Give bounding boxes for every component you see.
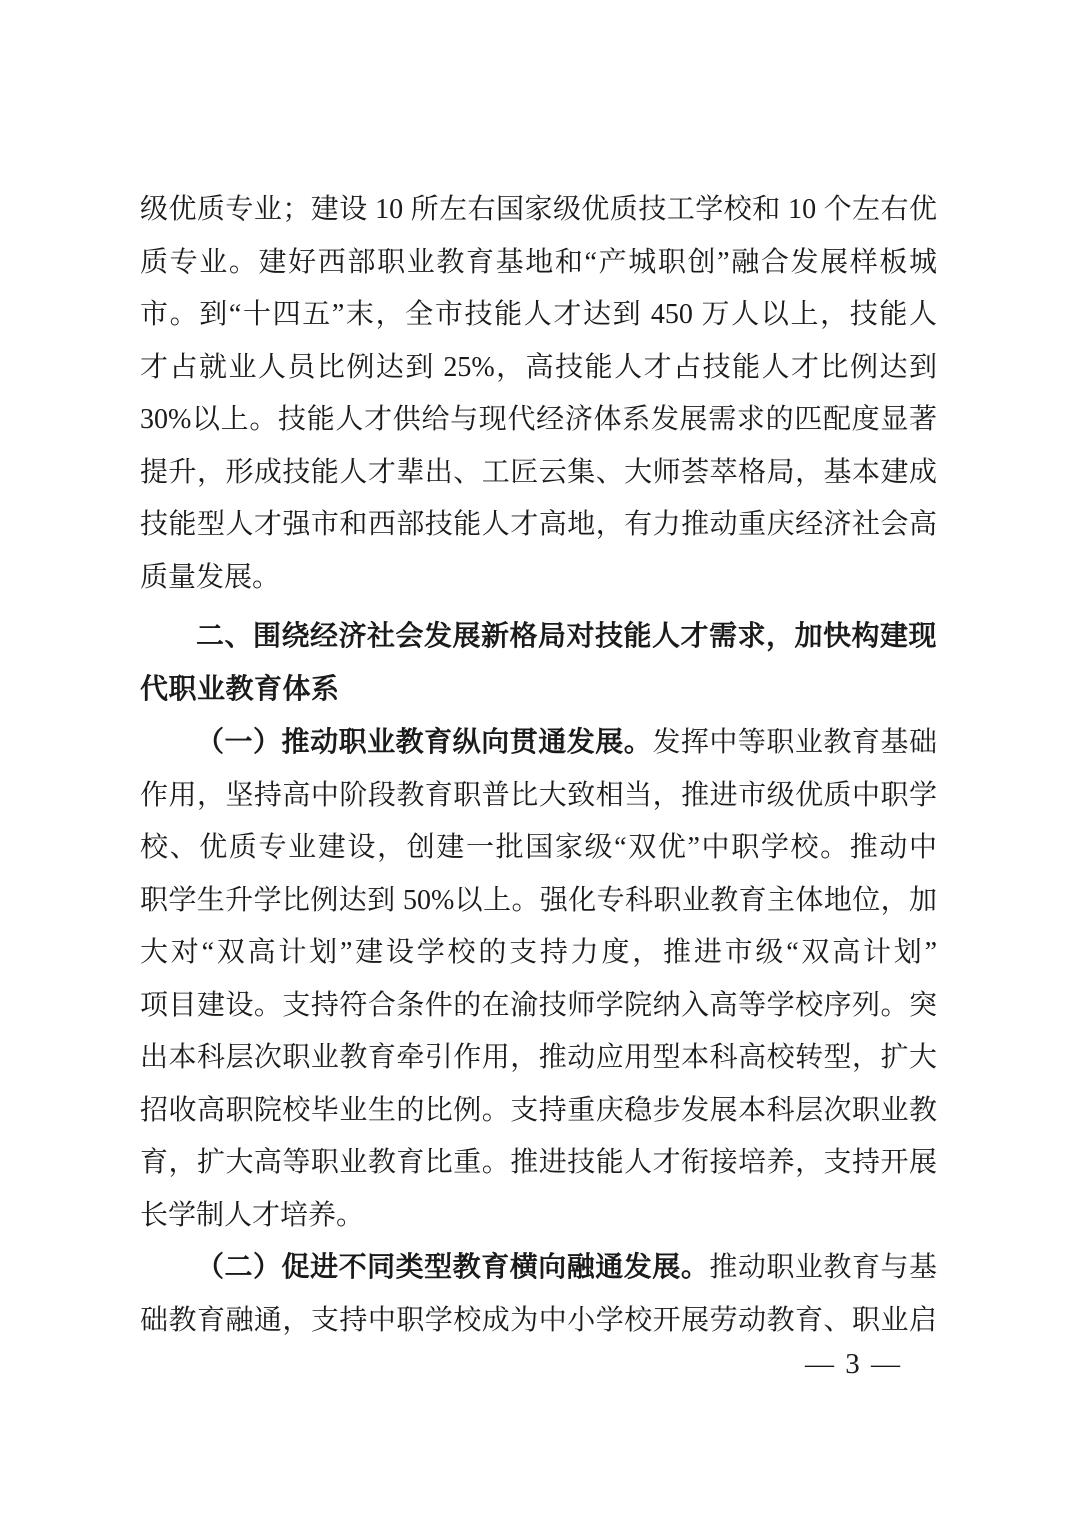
- para-two-first-line: （二）促进不同类型教育横向融通发展。推动职业教育与基: [140, 1242, 937, 1295]
- body-line: 职学生升学比例达到 50%以上。强化专科职业教育主体地位，加: [140, 875, 937, 928]
- body-line: 市。到“十四五”末，全市技能人才达到 450 万人以上，技能人: [140, 289, 937, 342]
- para-two-first-line-rest: 推动职业教育与基: [709, 1252, 937, 1283]
- body-line: 作用，坚持高中阶段教育职普比大致相当，推进市级优质中职学: [140, 770, 937, 823]
- para-one-first-line-rest: 发挥中等职业教育基础: [652, 727, 937, 758]
- body-line: 才占就业人员比例达到 25%，高技能人才占技能人才比例达到: [140, 342, 937, 395]
- body-line: 质专业。建好西部职业教育基地和“产城职创”融合发展样板城: [140, 237, 937, 290]
- body-line: 育，扩大高等职业教育比重。推进技能人才衔接培养，支持开展: [140, 1137, 937, 1190]
- body-line: 出本科层次职业教育牵引作用，推动应用型本科高校转型，扩大: [140, 1032, 937, 1085]
- body-line: 提升，形成技能人才辈出、工匠云集、大师荟萃格局，基本建成: [140, 447, 937, 500]
- page-number: — 3 —: [805, 1346, 902, 1382]
- section-heading-line-1: 二、围绕经济社会发展新格局对技能人才需求，加快构建现: [140, 610, 937, 663]
- document-page: 级优质专业；建设 10 所左右国家级优质技工学校和 10 个左右优 质专业。建好…: [0, 0, 1074, 1520]
- para-one-first-line: （一）推动职业教育纵向贯通发展。发挥中等职业教育基础: [140, 717, 937, 770]
- body-line: 项目建设。支持符合条件的在渝技师学院纳入高等学校序列。突: [140, 980, 937, 1033]
- body-line: 级优质专业；建设 10 所左右国家级优质技工学校和 10 个左右优: [140, 184, 937, 237]
- body-line: 30%以上。技能人才供给与现代经济体系发展需求的匹配度显著: [140, 394, 937, 447]
- body-line: 础教育融通，支持中职学校成为中小学校开展劳动教育、职业启: [140, 1295, 937, 1348]
- body-line: 招收高职院校毕业生的比例。支持重庆稳步发展本科层次职业教: [140, 1085, 937, 1138]
- section-heading-line-2: 代职业教育体系: [140, 663, 937, 716]
- para-two-lead: （二）促进不同类型教育横向融通发展。: [196, 1252, 709, 1283]
- document-body: 级优质专业；建设 10 所左右国家级优质技工学校和 10 个左右优 质专业。建好…: [140, 184, 937, 1347]
- body-line: 质量发展。: [140, 552, 937, 605]
- para-one-lead: （一）推动职业教育纵向贯通发展。: [196, 727, 652, 758]
- body-line: 技能型人才强市和西部技能人才高地，有力推动重庆经济社会高: [140, 499, 937, 552]
- body-line: 大对“双高计划”建设学校的支持力度，推进市级“双高计划”: [140, 927, 937, 980]
- body-line: 长学制人才培养。: [140, 1190, 937, 1243]
- body-line: 校、优质专业建设，创建一批国家级“双优”中职学校。推动中: [140, 822, 937, 875]
